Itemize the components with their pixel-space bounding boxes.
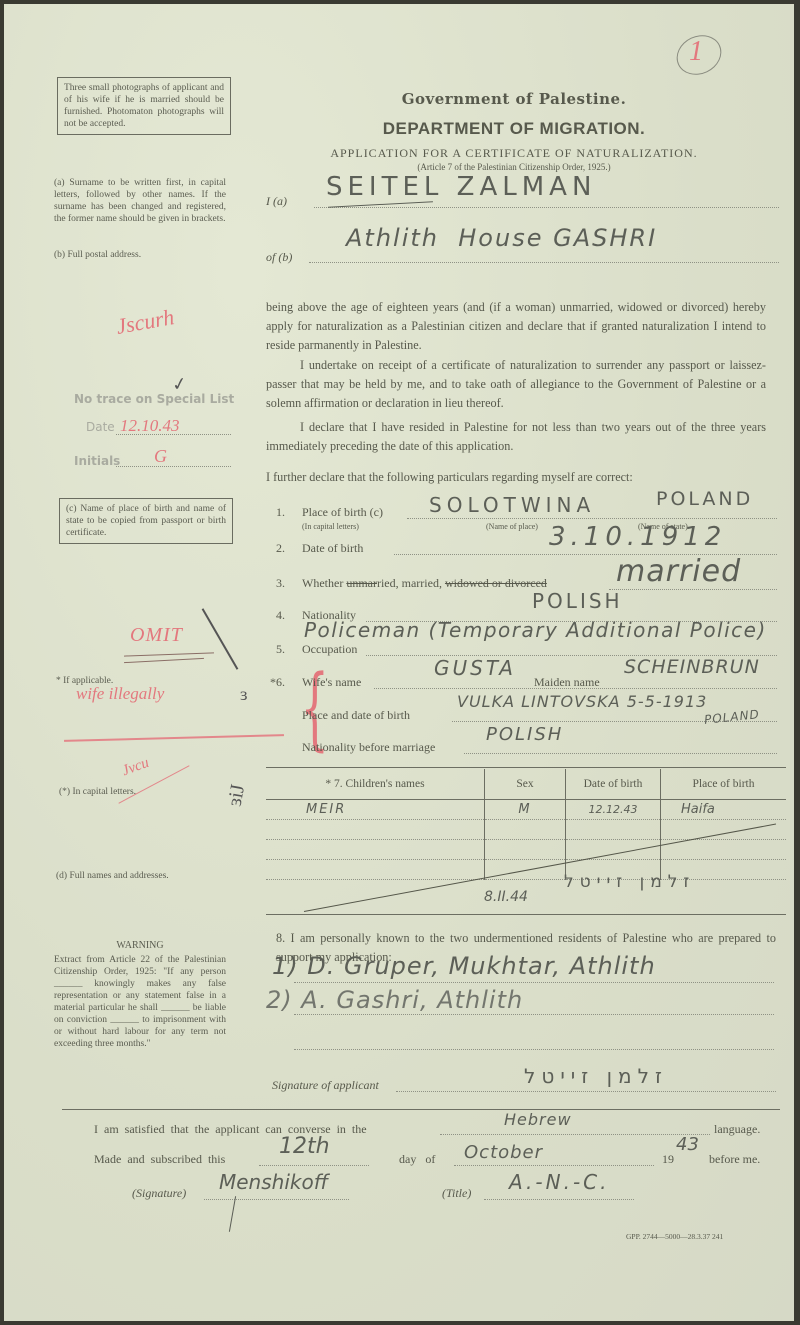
struck-widowed-divorced: widowed or divorced xyxy=(445,576,547,590)
caps-sublabel: (In capital letters) xyxy=(302,522,359,531)
applicant-name[interactable]: SEITEL ZALMAN xyxy=(326,172,596,202)
maiden-name-label: Maiden name xyxy=(534,675,600,690)
stamp-initials-value: G xyxy=(154,446,167,467)
applicant-address[interactable]: Athlith House GASHRI xyxy=(346,224,657,252)
note-a-surname: (a) Surname to be written first, in capi… xyxy=(54,177,226,225)
col-place-of-birth: Place of birth xyxy=(661,769,787,800)
marital-status-label: Whether unmarried, married, widowed or d… xyxy=(302,576,547,591)
address-label: of (b) xyxy=(266,250,292,265)
naturalization-application-form: 1 Three small photographs of applicant a… xyxy=(4,4,794,1321)
child-place[interactable] xyxy=(661,840,787,860)
table-row: MEIR M 12.12.43 Haifa xyxy=(266,800,786,820)
warning-title: WARNING xyxy=(54,940,226,951)
margin-scribble xyxy=(202,608,239,670)
photo-instructions-box: Three small photographs of applicant and… xyxy=(57,77,231,135)
printer-code: GPP. 2744—5000—28.3.37 241 xyxy=(626,1232,723,1241)
date-of-birth-value[interactable]: 3.10.1912 xyxy=(549,522,726,552)
child-dob[interactable] xyxy=(566,840,661,860)
col-date-of-birth: Date of birth xyxy=(566,769,661,800)
maiden-name-value[interactable]: SCHEINBRUN xyxy=(624,656,760,678)
official-title-label: (Title) xyxy=(442,1186,471,1201)
child-name[interactable] xyxy=(266,820,485,840)
capital-letters-note: (*) In capital letters. xyxy=(59,787,136,797)
stamp-date-label: Date xyxy=(86,420,115,434)
name-label: I (a) xyxy=(266,194,287,209)
wife-name-value[interactable]: GUSTA xyxy=(434,656,516,680)
declaration-surrender-passport: I undertake on receipt of a certificate … xyxy=(266,356,766,413)
children-table-header: * 7. Children's names Sex Date of birth … xyxy=(266,769,786,800)
children-table: * 7. Children's names Sex Date of birth … xyxy=(266,769,786,880)
wife-name-label: Wife's name xyxy=(302,675,361,690)
marital-mid: ried, married, xyxy=(377,576,445,590)
referee-1[interactable]: 1) D. Gruper, Mukhtar, Athlith xyxy=(272,952,656,980)
day-of-label: day of xyxy=(399,1152,435,1167)
before-me-label: before me. xyxy=(709,1152,760,1167)
wife-birth-state[interactable]: POLAND xyxy=(703,707,760,727)
year-prefix: 19 xyxy=(662,1152,674,1167)
wife-birth-label: Place and date of birth xyxy=(302,708,410,723)
signature-tail xyxy=(229,1196,236,1232)
wife-nationality-label: Nationality before marriage xyxy=(302,740,435,755)
declaration-residence: I declare that I have resided in Palesti… xyxy=(266,418,766,456)
hebrew-margin-note: ɜiJ xyxy=(224,783,250,808)
applicant-signature[interactable]: זלמן זייטל xyxy=(524,1064,668,1088)
page-number: 1 xyxy=(689,36,703,68)
note-d-full-names: (d) Full names and addresses. xyxy=(56,871,169,881)
stamp-initials-label: Initials xyxy=(74,454,120,468)
omit-mark: OMIT xyxy=(130,624,183,647)
wife-nationality-value[interactable]: POLISH xyxy=(486,724,563,745)
child-place[interactable] xyxy=(661,820,787,840)
child-sex[interactable] xyxy=(485,820,566,840)
marital-prefix: Whether xyxy=(302,576,346,590)
official-signature-label: (Signature) xyxy=(132,1186,186,1201)
year-value[interactable]: 43 xyxy=(676,1134,699,1155)
referee-2[interactable]: 2) A. Gashri, Athlith xyxy=(266,986,523,1014)
table-row xyxy=(266,840,786,860)
official-signature[interactable]: Menshikoff xyxy=(219,1170,328,1194)
item-3-number: 3. xyxy=(276,576,285,591)
note-c-place-of-birth: (c) Name of place of birth and name of s… xyxy=(59,498,233,544)
item-5-number: 5. xyxy=(276,642,285,657)
child-name[interactable] xyxy=(266,860,485,880)
hebrew-margin-scribble: ɜ xyxy=(240,684,248,705)
language-suffix: language. xyxy=(714,1122,760,1137)
department-heading: DEPARTMENT OF MIGRATION. xyxy=(264,119,764,139)
date-of-birth-label: Date of birth xyxy=(302,541,363,556)
name-of-place-sublabel: (Name of place) xyxy=(486,522,538,531)
warning-text: Extract from Article 22 of the Palestini… xyxy=(54,954,226,1050)
child-dob[interactable] xyxy=(566,820,661,840)
article-reference: (Article 7 of the Palestinian Citizenshi… xyxy=(264,162,764,172)
made-subscribed-prefix: Made and subscribed this xyxy=(94,1152,225,1167)
special-list-stamp: No trace on Special List xyxy=(74,392,234,406)
place-of-birth-value[interactable]: SOLOTWINA xyxy=(429,493,595,517)
marital-status-value[interactable]: married xyxy=(616,554,741,589)
stamp-date-value: 12.10.43 xyxy=(120,416,180,436)
application-title: APPLICATION FOR A CERTIFICATE OF NATURAL… xyxy=(254,146,774,161)
wife-illegally-mark: wife illegally xyxy=(76,684,164,704)
annotation-hebrew-signature: זלמן זייטל xyxy=(564,872,695,892)
red-initials-scribble: Jscurh xyxy=(114,304,176,340)
government-heading: Government of Palestine. xyxy=(264,90,764,108)
item-6-number: *6. xyxy=(270,675,285,690)
child-name[interactable] xyxy=(266,840,485,860)
item-1-number: 1. xyxy=(276,505,285,520)
declaration-age: being above the age of eighteen years (a… xyxy=(266,298,766,355)
red-scribble-2: Jvcu xyxy=(120,755,152,780)
language-value[interactable]: Hebrew xyxy=(504,1110,572,1129)
child-dob[interactable]: 12.12.43 xyxy=(566,800,661,820)
occupation-label: Occupation xyxy=(302,642,357,657)
nationality-value[interactable]: POLISH xyxy=(532,589,623,613)
wife-birth-value[interactable]: VULKA LINTOVSKA 5-5-1913 xyxy=(457,692,707,711)
state-of-birth-value[interactable]: POLAND xyxy=(656,488,753,510)
item-2-number: 2. xyxy=(276,541,285,556)
applicant-signature-label: Signature of applicant xyxy=(272,1078,379,1093)
child-name[interactable]: MEIR xyxy=(266,800,485,820)
occupation-value[interactable]: Policeman (Temporary Additional Police) xyxy=(304,618,767,642)
month-value[interactable]: October xyxy=(464,1142,543,1163)
col-children-names: * 7. Children's names xyxy=(266,769,485,800)
col-sex: Sex xyxy=(485,769,566,800)
official-title-value[interactable]: A.-N.-C. xyxy=(509,1170,609,1194)
annotation-date: 8.II.44 xyxy=(484,889,528,905)
note-b-postal-address: (b) Full postal address. xyxy=(54,249,226,261)
item-4-number: 4. xyxy=(276,608,285,623)
child-sex[interactable]: M xyxy=(485,800,566,820)
child-place[interactable]: Haifa xyxy=(661,800,787,820)
place-of-birth-label: Place of birth (c) xyxy=(302,505,383,520)
day-value[interactable]: 12th xyxy=(279,1134,330,1159)
child-sex[interactable] xyxy=(485,840,566,860)
declaration-particulars: I further declare that the following par… xyxy=(266,468,776,487)
struck-unmarried: unmar xyxy=(346,576,377,590)
